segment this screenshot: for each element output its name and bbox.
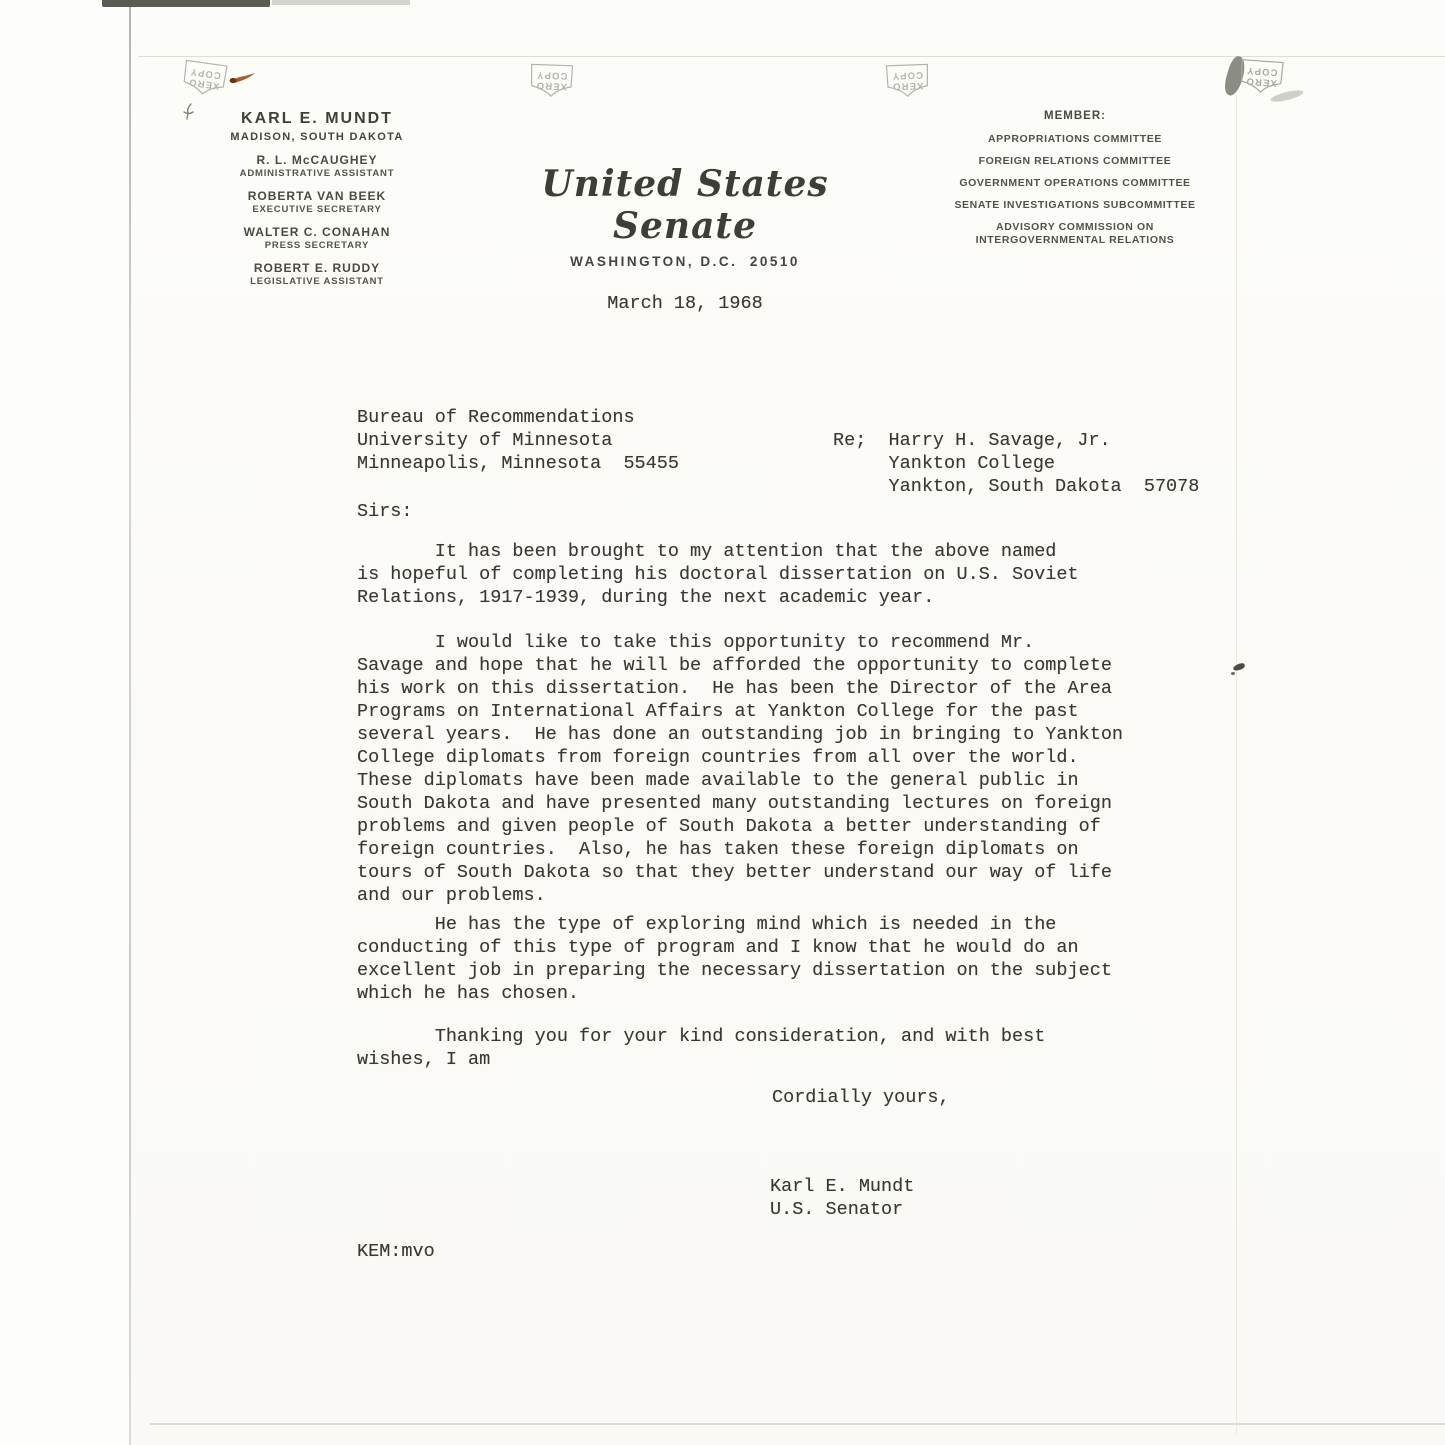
- body-paragraph: Thanking you for your kind consideration…: [357, 1025, 1045, 1071]
- xero-copy-stamp: XERO COPY: [527, 61, 575, 101]
- committee-item: SENATE INVESTIGATIONS SUBCOMMITTEE: [910, 199, 1240, 211]
- staff-entry: R. L. McCAUGHEY ADMINISTRATIVE ASSISTANT: [192, 153, 442, 179]
- senate-title: United States Senate: [470, 163, 900, 247]
- letterhead-left-column: KARL E. MUNDT MADISON, SOUTH DAKOTA R. L…: [192, 110, 442, 287]
- letterhead-right-column: MEMBER: APPROPRIATIONS COMMITTEE FOREIGN…: [910, 110, 1240, 257]
- senator-name: KARL E. MUNDT: [192, 110, 442, 128]
- staff-name: ROBERTA VAN BEEK: [192, 189, 442, 203]
- staff-name: R. L. McCAUGHEY: [192, 153, 442, 167]
- staff-name: ROBERT E. RUDDY: [192, 261, 442, 275]
- staff-entry: WALTER C. CONAHAN PRESS SECRETARY: [192, 225, 442, 251]
- committee-item: APPROPRIATIONS COMMITTEE: [910, 133, 1240, 145]
- letterhead-center: United States Senate WASHINGTON, D.C. 20…: [470, 163, 900, 315]
- xero-copy-stamp: XERO COPY: [883, 61, 931, 101]
- closing-line: Cordially yours,: [772, 1086, 950, 1109]
- ink-speck: [1231, 672, 1235, 675]
- xero-copy-stamp: XERO COPY: [1237, 56, 1287, 97]
- body-paragraph: I would like to take this opportunity to…: [357, 631, 1123, 907]
- scanned-letter-page: XERO COPY XERO COPY XERO COPY XERO: [0, 0, 1445, 1445]
- staff-title: EXECUTIVE SECRETARY: [192, 204, 442, 215]
- staff-title: PRESS SECRETARY: [192, 240, 442, 251]
- staff-title: LEGISLATIVE ASSISTANT: [192, 276, 442, 287]
- bottom-fold-line: [150, 1423, 1445, 1425]
- scan-background-margin: [0, 0, 129, 1445]
- salutation: Sirs:: [357, 500, 413, 523]
- staff-title: ADMINISTRATIVE ASSISTANT: [192, 168, 442, 179]
- scan-edge-artifact: [102, 0, 270, 7]
- recipient-address: Bureau of Recommendations University of …: [357, 406, 679, 475]
- letter-date: March 18, 1968: [470, 292, 900, 315]
- stamp-word-copy: COPY: [891, 69, 923, 81]
- body-paragraph: He has the type of exploring mind which …: [357, 913, 1112, 1005]
- orange-ink-mark: [228, 70, 258, 88]
- member-label: MEMBER:: [910, 110, 1240, 122]
- scan-edge-artifact-light: [272, 0, 410, 5]
- senator-city: MADISON, SOUTH DAKOTA: [192, 131, 442, 143]
- stamp-word-copy: COPY: [536, 69, 568, 81]
- committee-item: FOREIGN RELATIONS COMMITTEE: [910, 155, 1240, 167]
- signer-name: Karl E. Mundt: [770, 1175, 914, 1198]
- typist-initials: KEM:mvo: [357, 1240, 435, 1263]
- senate-address: WASHINGTON, D.C. 20510: [470, 254, 900, 269]
- committee-item: GOVERNMENT OPERATIONS COMMITTEE: [910, 177, 1240, 189]
- stamp-word-copy: COPY: [1246, 65, 1278, 78]
- page-left-edge: [129, 6, 131, 1445]
- committee-item: ADVISORY COMMISSION ON INTERGOVERNMENTAL…: [910, 221, 1240, 247]
- staff-entry: ROBERTA VAN BEEK EXECUTIVE SECRETARY: [192, 189, 442, 215]
- signer-title: U.S. Senator: [770, 1198, 903, 1221]
- xero-copy-stamp: XERO COPY: [179, 57, 231, 101]
- staff-name: WALTER C. CONAHAN: [192, 225, 442, 239]
- re-subject-block: Re; Harry H. Savage, Jr. Yankton College…: [833, 429, 1199, 498]
- right-crease-line: [1236, 95, 1237, 1435]
- staff-entry: ROBERT E. RUDDY LEGISLATIVE ASSISTANT: [192, 261, 442, 287]
- body-paragraph: It has been brought to my attention that…: [357, 540, 1079, 609]
- ink-speck: [1232, 662, 1245, 671]
